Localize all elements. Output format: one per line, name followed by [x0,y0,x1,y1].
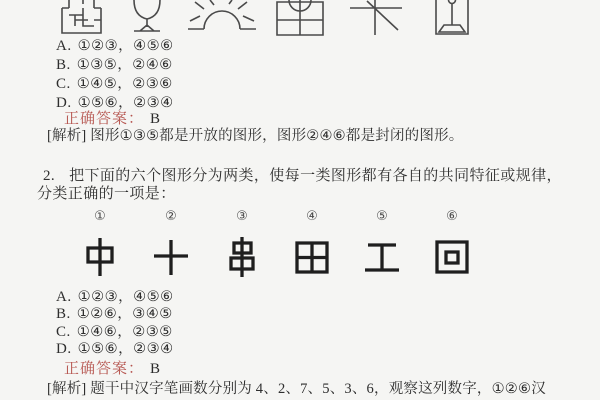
q2-options: A.①②③，④⑤⑥ B.①②⑥，③④⑤ C.①④⑥，②③⑤ D.①⑤⑥，②③④ [56,289,174,359]
goblet-figure-icon [127,0,167,36]
answer-label: 正确答案： [64,361,144,377]
option-groups: ①②③，④⑤⑥ [78,38,174,54]
q2-figure-6: ⑥ [421,210,483,277]
option-letter: A. [56,289,72,305]
option-groups: ①⑤⑥，②③④ [78,341,174,357]
grid-circle-figure-icon [274,0,326,36]
q2-figure-2: ② [140,210,202,277]
figure-number: ④ [281,210,343,224]
q1-analysis: [解析] 图形①③⑤都是开放的图形，图形②④⑥都是封闭的图形。 [47,124,463,145]
char-hui-figure [432,237,472,277]
option-letter: B. [56,57,71,73]
char-gong-figure [362,237,402,277]
option-letter: C. [56,76,71,92]
maze-figure-icon [58,0,105,36]
option-letter: C. [56,324,71,340]
q1-option-b: B.①③⑤，②④⑥ [56,56,174,75]
q1-options: A.①②③，④⑤⑥ B.①③⑤，②④⑥ C.①④⑤，②③⑥ D.①⑤⑥，②③④ [56,37,174,113]
q2-answer-line: 正确答案：B [64,357,160,378]
figure-number: ③ [211,210,273,224]
crossed-lines-figure-icon [348,0,404,36]
q2-analysis: [解析] 题干中汉字笔画数分别为 4、2、7、5、3、6，观察这列数字，①②⑥汉 [47,377,546,398]
q2-figure-1: ① [69,210,131,277]
q2-option-c: C.①④⑥，②③⑤ [56,324,174,341]
q2-stem-line2: 分类正确的一项是： [37,182,176,203]
q2-option-d: D.①⑤⑥，②③④ [56,341,174,358]
char-shi-figure [151,237,191,277]
option-groups: ①②⑥，③④⑤ [77,306,173,322]
option-letter: A. [56,38,72,54]
q2-option-a: A.①②③，④⑤⑥ [56,289,174,306]
plumb-frame-figure-icon [433,0,471,36]
q1-option-a: A.①②③，④⑤⑥ [56,37,174,56]
rising-sun-figure-icon [188,0,256,36]
q2-figure-5: ⑤ [351,210,413,277]
char-tian-figure [292,237,332,277]
char-zhong-figure [80,237,120,277]
q1-option-c: C.①④⑤，②③⑥ [56,75,174,94]
option-groups: ①④⑥，②③⑤ [77,324,173,340]
q2-figure-3: ③ [211,210,273,277]
option-groups: ①③⑤，②④⑥ [77,57,173,73]
option-letter: B. [56,306,71,322]
q2-option-b: B.①②⑥，③④⑤ [56,306,174,323]
option-groups: ①②③，④⑤⑥ [78,289,174,305]
answer-value: B [150,361,160,377]
figure-number: ⑤ [351,210,413,224]
option-letter: D. [56,341,72,357]
figure-number: ⑥ [421,210,483,224]
figure-number: ① [69,210,131,224]
char-chuan-figure [222,237,262,277]
exam-page: A.①②③，④⑤⑥ B.①③⑤，②④⑥ C.①④⑤，②③⑥ D.①⑤⑥，②③④ … [0,0,600,400]
figure-number: ② [140,210,202,224]
q2-figure-4: ④ [281,210,343,277]
option-groups: ①④⑤，②③⑥ [77,76,173,92]
